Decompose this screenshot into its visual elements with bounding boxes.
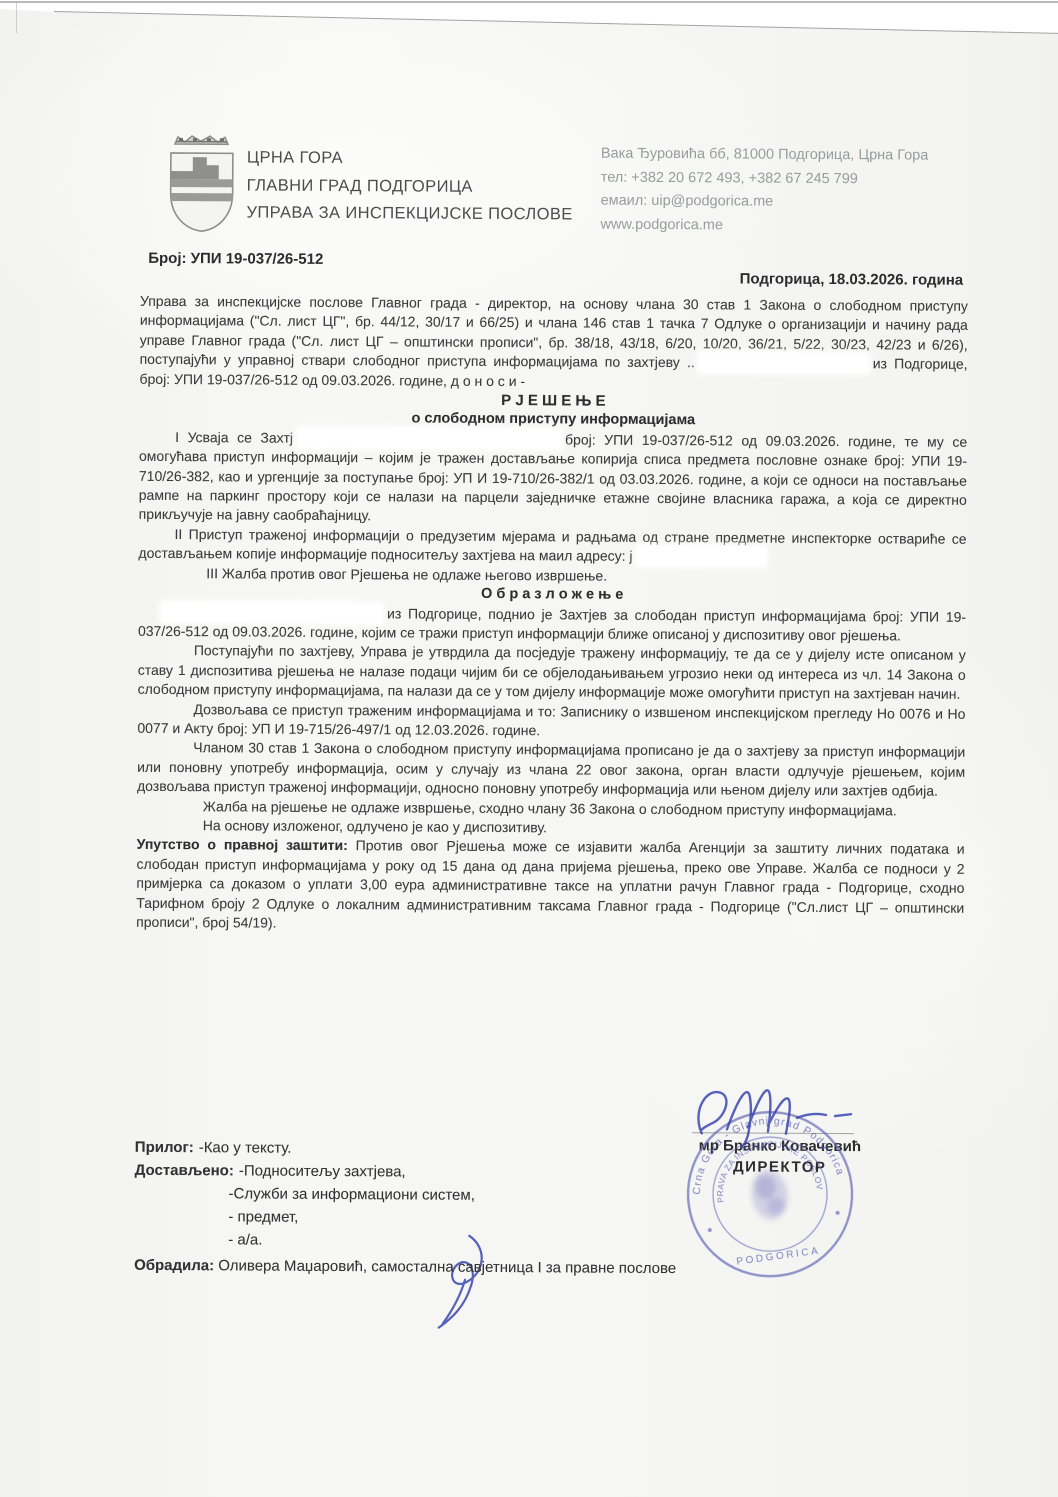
contact-website: www.podgorica.me [600,213,928,238]
dostavljeno-item: -Служби за информациони систем, [134,1182,475,1207]
rationale-paragraph-3: Дозвољава се приступ траженим информациј… [137,699,965,743]
document-body: Управа за инспекцијске послове Главног г… [136,292,968,937]
dostavljeno-label: Достављено: [135,1162,234,1180]
distribution-line: Достављено:-Подноситељу захтјева, [135,1159,476,1184]
processed-by-label: Обрадила: [134,1257,214,1274]
item1-text-1: I Усваја се Захтј [175,429,293,446]
org-line-city: ГЛАВНИ ГРАД ПОДГОРИЦА [247,172,573,201]
director-signature [685,1077,875,1150]
dostavljeno-item: -Подноситељу захтјева, [239,1162,406,1180]
decision-item-2: II Приступ траженој информацији о предуз… [138,525,966,569]
item2-text-1: II Приступ траженој информацији о предуз… [138,526,966,564]
reference-number: Број: УПИ 19-037/26-512 [148,250,323,268]
stamp-bottom-text: PODGORICA [736,1246,821,1268]
prilog-label: Прилог: [135,1139,194,1156]
redaction-box [298,429,560,449]
contact-info: Вака Ђуровића бб, 81000 Подгорица, Црна … [600,143,928,239]
contact-address: Вака Ђуровића бб, 81000 Подгорица, Црна … [601,143,929,168]
contact-email: емаил: uip@podgorica.me [601,190,929,215]
redaction-box [638,547,766,566]
dostavljeno-item: - предмет, [134,1205,475,1230]
intro-paragraph: Управа за инспекцијске послове Главног г… [139,292,968,394]
prilog-value: -Као у тексту. [199,1139,292,1157]
rationale-paragraph-4: Чланом 30 став 1 Закона о слободном прис… [137,738,965,801]
rationale-paragraph-2: Поступајући по захтјеву, Управа је утврд… [138,641,966,704]
contact-phone: тел: +382 20 672 493, +382 67 245 799 [601,166,929,191]
podgorica-coat-of-arms-icon [162,131,241,237]
redaction-box [700,353,868,372]
processed-by-line: Обрадила: Оливера Маџаровић, самостална … [134,1257,676,1277]
document-content: ЦРНА ГОРА ГЛАВНИ ГРАД ПОДГОРИЦА УПРАВА З… [0,0,1058,1497]
organization-header: ЦРНА ГОРА ГЛАВНИ ГРАД ПОДГОРИЦА УПРАВА З… [246,144,573,228]
scanned-document-page: ЦРНА ГОРА ГЛАВНИ ГРАД ПОДГОРИЦА УПРАВА З… [0,0,1058,1497]
place-and-date: Подгорица, 18.03.2026. година [740,270,964,288]
org-line-country: ЦРНА ГОРА [247,144,573,173]
rationale-paragraph-1: из Подгорице, поднио је Захтјев за слобо… [138,602,966,646]
org-line-department: УПРАВА ЗА ИНСПЕКЦИЈСКЕ ПОСЛОВЕ [246,199,572,228]
attachment-line: Прилог:-Као у тексту. [135,1136,476,1161]
redaction-box [162,602,382,621]
legal-remedy-paragraph: Упутство о правној заштити: Против овог … [136,835,965,937]
clerk-signature [419,1230,510,1331]
processed-by-text: Оливера Маџаровић, самостална савјетница… [214,1257,676,1277]
legal-remedy-label: Упутство о правној заштити: [137,836,348,853]
decision-item-1: I Усваја се Захтјброј: УПИ 19-037/26-512… [139,428,968,530]
